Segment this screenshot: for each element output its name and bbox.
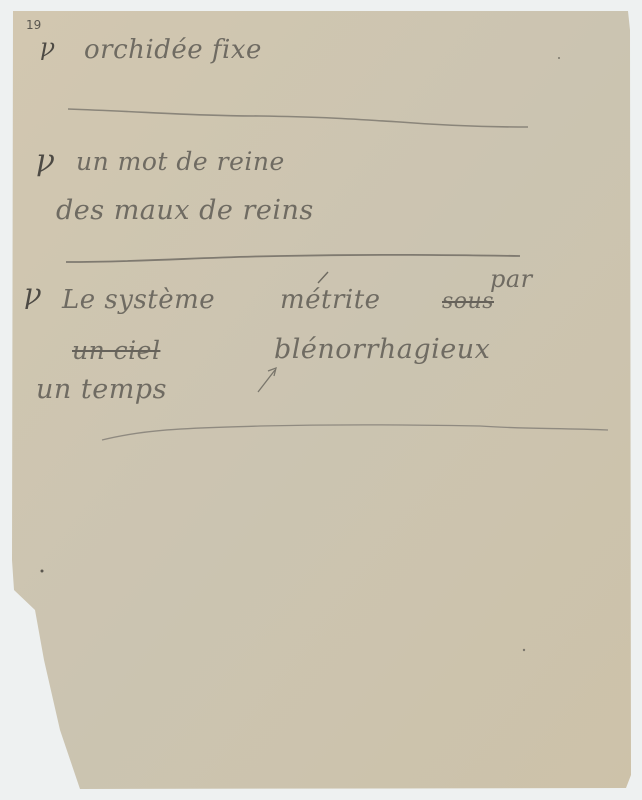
entry-3-line-1b: métrite (280, 285, 381, 315)
entry-marker-icon: ꝩ (36, 143, 55, 178)
struck-word: sous (442, 289, 494, 314)
page-number: 19 (26, 18, 41, 32)
entry-3-line-2: blénorrhagieux (274, 334, 490, 365)
entry-marker-icon: ꝩ (40, 33, 55, 61)
entry-3-line-3: un temps (36, 374, 167, 405)
entry-1-line: orchidée fixe (84, 35, 262, 65)
entry-2-line-2: des maux de reins (56, 195, 314, 226)
inserted-word: par (490, 265, 533, 293)
manuscript-page: 19 ꝩ orchidée fixe ꝩ un mot de reine des… (0, 0, 642, 800)
entry-3-line-1a: Le système (62, 285, 215, 315)
entry-2-line-1: un mot de reine (76, 147, 285, 176)
struck-phrase: un ciel (72, 336, 160, 365)
entry-marker-icon: ꝩ (24, 277, 42, 310)
